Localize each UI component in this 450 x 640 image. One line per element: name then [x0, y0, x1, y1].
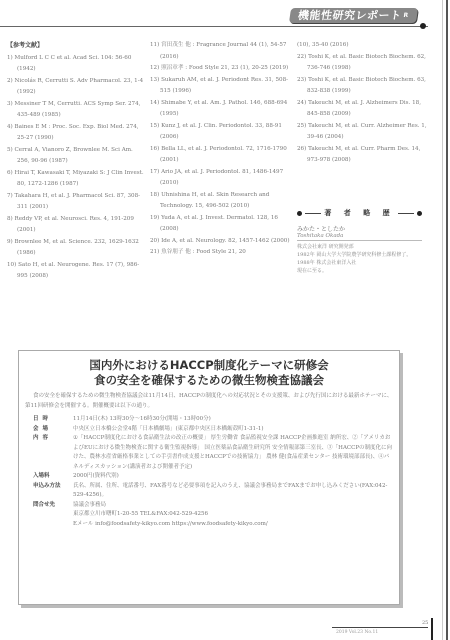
bullet-dot-icon [417, 211, 422, 216]
reference-item: 16) Bella LL, et al. J. Periodontol. 72,… [150, 144, 290, 167]
footer-issue: 2019 Vol.23 No.11 [336, 630, 378, 635]
event-row-datetime: 日時 11月14日(木) 13時30分〜16時30分(開場・13時00分) [25, 415, 393, 425]
event-announcement-box: 国内外におけるHACCP制度化テーマに研修会 食の安全を確保するための微生物検査… [18, 350, 400, 605]
event-row-value: Eメール info@foodsafety-kikyo.com https://w… [73, 520, 393, 530]
registered-mark: R [403, 12, 409, 19]
reference-item: 11) 宮田茂生 他 : Fragrance Journal 44 (1), 5… [150, 40, 290, 63]
author-name-kana: みかた・としたか [297, 224, 422, 233]
reference-item: 4) Baines E M : Proc. Soc. Exp. Biol Med… [7, 122, 145, 145]
reference-item: 10) Sato H, et al. Neurogene. Res. 17 (7… [7, 260, 145, 283]
event-row-contact-address: 東京都立川市曙町1-20-55 TEL&FAX:042-529-4256 [25, 510, 393, 520]
event-row-label: 入場料 [25, 472, 73, 482]
reference-item: 5) Cerral A, Vianoro Z, Brownlee M. Sci … [7, 145, 145, 168]
footer-rule [332, 627, 428, 628]
reference-item: 3) Messiner T M, Cerrutti. ACS Symp Ser.… [7, 99, 145, 122]
event-intro: 食の安全を確保するための微生物検査協議会は11月14日、HACCPの制度化への対… [25, 392, 393, 411]
event-title-line-2: 食の安全を確保するための微生物検査協議会 [25, 373, 393, 388]
reference-item: 1) Mulford L C C et al. Acad Sci. 104: 5… [7, 53, 145, 76]
page-binding-edge [446, 0, 448, 640]
section-badge-label: 機能性研究レポート [297, 9, 402, 22]
event-row-label: 問合せ先 [25, 501, 73, 511]
references-heading: 【参考文献】 [7, 40, 145, 52]
author-heading-text: 著 者 略 歴 [324, 208, 394, 218]
event-row-label: 会場 [25, 425, 73, 435]
page-edge-shadow [442, 0, 443, 640]
references-column-3: (10), 35-40 (2016) 22) Toshi K, et al. B… [297, 40, 427, 167]
event-row-value: 11月14日(木) 13時30分〜16時30分(開場・13時00分) [73, 415, 393, 425]
footer-tick-mark [431, 618, 433, 640]
event-row-value: 2000円(資料代別) [73, 472, 393, 482]
reference-item: 26) Takeuchi M, et al. Curr. Pharm Des. … [297, 144, 427, 167]
bullet-dot-icon [297, 211, 302, 216]
heading-rule [398, 213, 414, 214]
reference-item: 9) Brownlee M, et al. Science. 232, 1629… [7, 237, 145, 260]
event-row-value: ①「HACCP制度化における食品衛生法の改正の概要」 厚生労働省 食品監視安全課… [73, 434, 393, 472]
author-bio-line: 現在に至る。 [297, 267, 422, 275]
reference-item: 17) Ario JA, et al. J. Periodontol. 81, … [150, 167, 290, 190]
event-row-label [25, 510, 73, 520]
reference-item: 23) Toshi K, et al. Basic Biotech Bioche… [297, 75, 427, 98]
header-rule [0, 26, 428, 27]
header-rule-dot-icon [420, 23, 426, 29]
document-page: 機能性研究レポートR 【参考文献】 1) Mulford L C C et al… [0, 0, 450, 640]
reference-item: 6) Hirai T, Kawasaki T, Miyazaki S: J Cl… [7, 168, 145, 191]
heading-rule [305, 213, 321, 214]
reference-item: 2) Nicolás R, Cerrutti S. Adv Pharmacol.… [7, 76, 145, 99]
reference-item: 13) Sukaruh AM, et al. J. Periodont Res.… [150, 75, 290, 98]
reference-item: 24) Takeuchi M, et al. J. Alzheimers Dis… [297, 98, 427, 121]
reference-item: 25) Takeuchi M, et al. Curr. Alzheimer R… [297, 121, 427, 144]
reference-item: (10), 35-40 (2016) [297, 40, 427, 52]
reference-item: 20) Ide A, et al. Neurology. 82, 1457-14… [150, 236, 290, 248]
reference-item: 12) 照沼章孝 : Food Style 21, 23 (1), 20-25 … [150, 63, 290, 75]
reference-item: 21) 魚谷朋子 他 : Food Style 21, 20 [150, 247, 290, 259]
event-row-contact: 問合せ先 協議会事務局 [25, 501, 393, 511]
author-bio: 株式会社東洋 研究開発部 1982年 岡山大学大学院農学研究科修士課程修了。19… [297, 243, 422, 275]
author-profile-heading: 著 者 略 歴 [297, 208, 422, 218]
reference-item: 15) Kunz J, et al. J. Clin. Periodontol.… [150, 121, 290, 144]
reference-item: 22) Toshi K, et al. Basic Biotech Bioche… [297, 52, 427, 75]
event-row-fee: 入場料 2000円(資料代別) [25, 472, 393, 482]
reference-item: 19) Yuda A, et al. J. Invest. Dermatol. … [150, 213, 290, 236]
author-bio-line: 1982年 岡山大学大学院農学研究科修士課程修了。1988年 株式会社東洋入社 [297, 251, 422, 267]
event-row-value: 中央区立日本橋公会堂4階「日本橋劇場」(東京都中央区日本橋蛎殻町1-31-1) [73, 425, 393, 435]
author-bio-line: 株式会社東洋 研究開発部 [297, 243, 422, 251]
reference-item: 14) Shimabe Y, et al. Am. J. Pathol. 146… [150, 98, 290, 121]
event-row-application: 申込み方法 氏名、所属、住所、電話番号、FAX番号など必要事項を記入のうえ、協議… [25, 482, 393, 501]
event-title-line-1: 国内外におけるHACCP制度化テーマに研修会 [25, 358, 393, 373]
author-profile: 著 者 略 歴 みかた・としたか Toshitaka Okada 株式会社東洋 … [297, 208, 422, 275]
reference-item: 7) Takahara H, et al. J. Pharmacol Sci. … [7, 191, 145, 214]
event-row-contact-email: Eメール info@foodsafety-kikyo.com https://w… [25, 520, 393, 530]
event-row-value: 協議会事務局 [73, 501, 393, 511]
event-row-value: 氏名、所属、住所、電話番号、FAX番号など必要事項を記入のうえ、協議会事務局まで… [73, 482, 393, 501]
author-name-roman: Toshitaka Okada [297, 233, 422, 241]
event-row-value: 東京都立川市曙町1-20-55 TEL&FAX:042-529-4256 [73, 510, 393, 520]
event-row-venue: 会場 中央区立日本橋公会堂4階「日本橋劇場」(東京都中央区日本橋蛎殻町1-31-… [25, 425, 393, 435]
event-row-label: 内容 [25, 434, 73, 472]
event-row-content: 内容 ①「HACCP制度化における食品衛生法の改正の概要」 厚生労働省 食品監視… [25, 434, 393, 472]
references-column-1: 【参考文献】 1) Mulford L C C et al. Acad Sci.… [7, 40, 145, 283]
page-number: 25 [422, 620, 428, 626]
event-row-label: 申込み方法 [25, 482, 73, 501]
references-column-2: 11) 宮田茂生 他 : Fragrance Journal 44 (1), 5… [150, 40, 290, 259]
section-badge: 機能性研究レポートR [289, 8, 418, 23]
event-row-label [25, 520, 73, 530]
reference-item: 18) Uhnishina H, et al. Skin Research an… [150, 190, 290, 213]
reference-item: 8) Reddy VP, et al. Neurosci. Res. 4, 19… [7, 214, 145, 237]
event-row-label: 日時 [25, 415, 73, 425]
